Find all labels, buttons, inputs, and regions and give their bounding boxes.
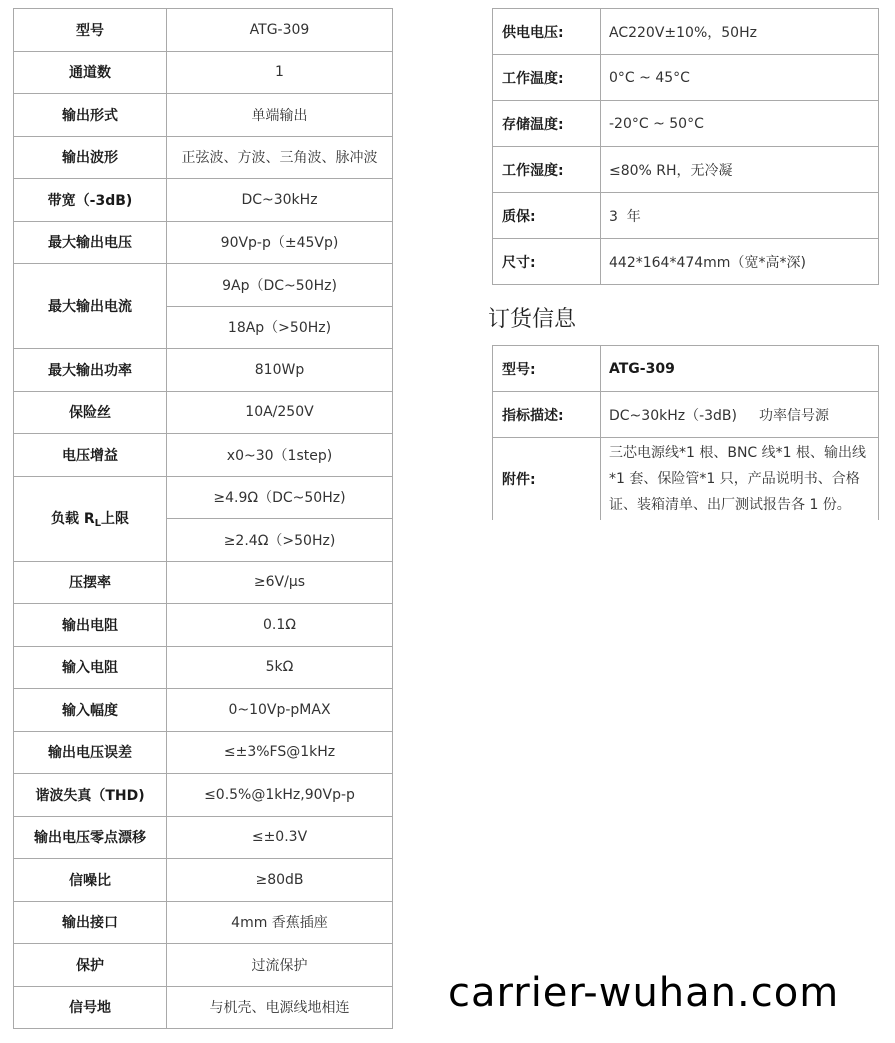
table-row: 谐波失真（THD) ≤0.5%@1kHz,90Vp-p: [14, 774, 393, 817]
table-row: 输入电阻 5kΩ: [14, 646, 393, 689]
table-row: 输出形式 单端输出: [14, 94, 393, 137]
order-info-table: 型号: ATG-309 指标描述: DC~30kHz（-3dB)功率信号源 附件…: [492, 345, 879, 520]
spec-value: ≤±3%FS@1kHz: [167, 731, 393, 774]
table-row: 通道数 1: [14, 51, 393, 94]
spec-key: 输出电阻: [14, 604, 167, 647]
spec-key-suffix: 上限: [101, 511, 129, 527]
spec-value: 442*164*474mm（宽*高*深): [601, 239, 879, 285]
table-row: 保险丝 10A/250V: [14, 391, 393, 434]
spec-value: AC220V±10%，50Hz: [601, 9, 879, 55]
spec-value: 10A/250V: [167, 391, 393, 434]
spec-value: -20°C ~ 50°C: [601, 101, 879, 147]
spec-value: ≤80% RH，无冷凝: [601, 147, 879, 193]
spec-value: 9Ap（DC~50Hz): [167, 264, 393, 307]
order-description-type: 功率信号源: [759, 408, 829, 424]
spec-value: x0~30（1step): [167, 434, 393, 477]
table-row: 输出电阻 0.1Ω: [14, 604, 393, 647]
spec-key: 输入幅度: [14, 689, 167, 732]
table-row: 工作湿度: ≤80% RH，无冷凝: [493, 147, 879, 193]
spec-value: 810Wp: [167, 349, 393, 392]
spec-key: 谐波失真（THD): [14, 774, 167, 817]
spec-key: 工作温度:: [493, 55, 601, 101]
spec-key: 输出电压零点漂移: [14, 816, 167, 859]
spec-table-main: 型号 ATG-309 通道数 1 输出形式 单端输出 输出波形 正弦波、方波、三…: [13, 8, 393, 1029]
table-row: 附件: 三芯电源线*1 根、BNC 线*1 根、输出线*1 套、保险管*1 只，…: [493, 438, 879, 521]
spec-key: 质保:: [493, 193, 601, 239]
spec-key: 输出接口: [14, 901, 167, 944]
spec-key: 最大输出功率: [14, 349, 167, 392]
spec-key-prefix: 负载 R: [51, 511, 95, 527]
table-row: 输出接口 4mm 香蕉插座: [14, 901, 393, 944]
spec-value: 5kΩ: [167, 646, 393, 689]
spec-value: 0~10Vp-pMAX: [167, 689, 393, 732]
table-row: 供电电压: AC220V±10%，50Hz: [493, 9, 879, 55]
table-row: 尺寸: 442*164*474mm（宽*高*深): [493, 239, 879, 285]
spec-key: 保护: [14, 944, 167, 987]
spec-key: 工作湿度:: [493, 147, 601, 193]
spec-key: 最大输出电压: [14, 221, 167, 264]
spec-table-general: 供电电压: AC220V±10%，50Hz 工作温度: 0°C ~ 45°C 存…: [492, 8, 879, 285]
spec-value: ≥6V/μs: [167, 561, 393, 604]
spec-value: 单端输出: [167, 94, 393, 137]
spec-value: 4mm 香蕉插座: [167, 901, 393, 944]
spec-value: DC~30kHz: [167, 179, 393, 222]
spec-value: ≥80dB: [167, 859, 393, 902]
spec-value: 过流保护: [167, 944, 393, 987]
table-row: 保护 过流保护: [14, 944, 393, 987]
watermark-text: carrier-wuhan.com: [448, 970, 839, 1016]
spec-value: 与机壳、电源线地相连: [167, 986, 393, 1029]
spec-value: 3 年: [601, 193, 879, 239]
table-row: 输出波形 正弦波、方波、三角波、脉冲波: [14, 136, 393, 179]
table-row: 最大输出电压 90Vp-p（±45Vp): [14, 221, 393, 264]
order-description-value: DC~30kHz（-3dB)功率信号源: [601, 392, 879, 438]
order-accessories-value: 三芯电源线*1 根、BNC 线*1 根、输出线*1 套、保险管*1 只，产品说明…: [601, 438, 879, 521]
order-info-heading: 订货信息: [488, 302, 576, 333]
spec-key: 尺寸:: [493, 239, 601, 285]
spec-value: 0°C ~ 45°C: [601, 55, 879, 101]
order-model-value: ATG-309: [601, 346, 879, 392]
spec-value: ATG-309: [167, 9, 393, 52]
table-row: 指标描述: DC~30kHz（-3dB)功率信号源: [493, 392, 879, 438]
table-row: 带宽（-3dB) DC~30kHz: [14, 179, 393, 222]
spec-key: 压摆率: [14, 561, 167, 604]
spec-key: 带宽（-3dB): [14, 179, 167, 222]
spec-key: 最大输出电流: [14, 264, 167, 349]
table-row: 最大输出功率 810Wp: [14, 349, 393, 392]
order-key: 型号:: [493, 346, 601, 392]
table-row: 存储温度: -20°C ~ 50°C: [493, 101, 879, 147]
order-key: 指标描述:: [493, 392, 601, 438]
table-row: 信噪比 ≥80dB: [14, 859, 393, 902]
table-row: 质保: 3 年: [493, 193, 879, 239]
spec-key: 存储温度:: [493, 101, 601, 147]
order-key: 附件:: [493, 438, 601, 521]
order-description-bandwidth: DC~30kHz（-3dB): [609, 408, 737, 424]
spec-key: 输出波形: [14, 136, 167, 179]
spec-value: ≤0.5%@1kHz,90Vp-p: [167, 774, 393, 817]
table-row: 信号地 与机壳、电源线地相连: [14, 986, 393, 1029]
table-row: 压摆率 ≥6V/μs: [14, 561, 393, 604]
spec-value: 1: [167, 51, 393, 94]
spec-value: ≤±0.3V: [167, 816, 393, 859]
spec-value: 正弦波、方波、三角波、脉冲波: [167, 136, 393, 179]
table-row: 型号: ATG-309: [493, 346, 879, 392]
spec-value: ≥4.9Ω（DC~50Hz): [167, 476, 393, 519]
spec-key: 输出电压误差: [14, 731, 167, 774]
spec-key: 通道数: [14, 51, 167, 94]
spec-key: 输入电阻: [14, 646, 167, 689]
spec-key: 负载 RL上限: [14, 476, 167, 561]
spec-key: 信号地: [14, 986, 167, 1029]
table-row: 输出电压误差 ≤±3%FS@1kHz: [14, 731, 393, 774]
table-row: 负载 RL上限 ≥4.9Ω（DC~50Hz): [14, 476, 393, 519]
spec-value: 0.1Ω: [167, 604, 393, 647]
table-row: 型号 ATG-309: [14, 9, 393, 52]
spec-key: 电压增益: [14, 434, 167, 477]
spec-key: 输出形式: [14, 94, 167, 137]
spec-value: 18Ap（>50Hz): [167, 306, 393, 349]
spec-key: 型号: [14, 9, 167, 52]
table-row: 输出电压零点漂移 ≤±0.3V: [14, 816, 393, 859]
spec-value: ≥2.4Ω（>50Hz): [167, 519, 393, 562]
table-row: 工作温度: 0°C ~ 45°C: [493, 55, 879, 101]
spec-key: 保险丝: [14, 391, 167, 434]
spec-key: 信噪比: [14, 859, 167, 902]
table-row: 最大输出电流 9Ap（DC~50Hz): [14, 264, 393, 307]
table-row: 电压增益 x0~30（1step): [14, 434, 393, 477]
spec-value: 90Vp-p（±45Vp): [167, 221, 393, 264]
table-row: 输入幅度 0~10Vp-pMAX: [14, 689, 393, 732]
spec-key: 供电电压:: [493, 9, 601, 55]
